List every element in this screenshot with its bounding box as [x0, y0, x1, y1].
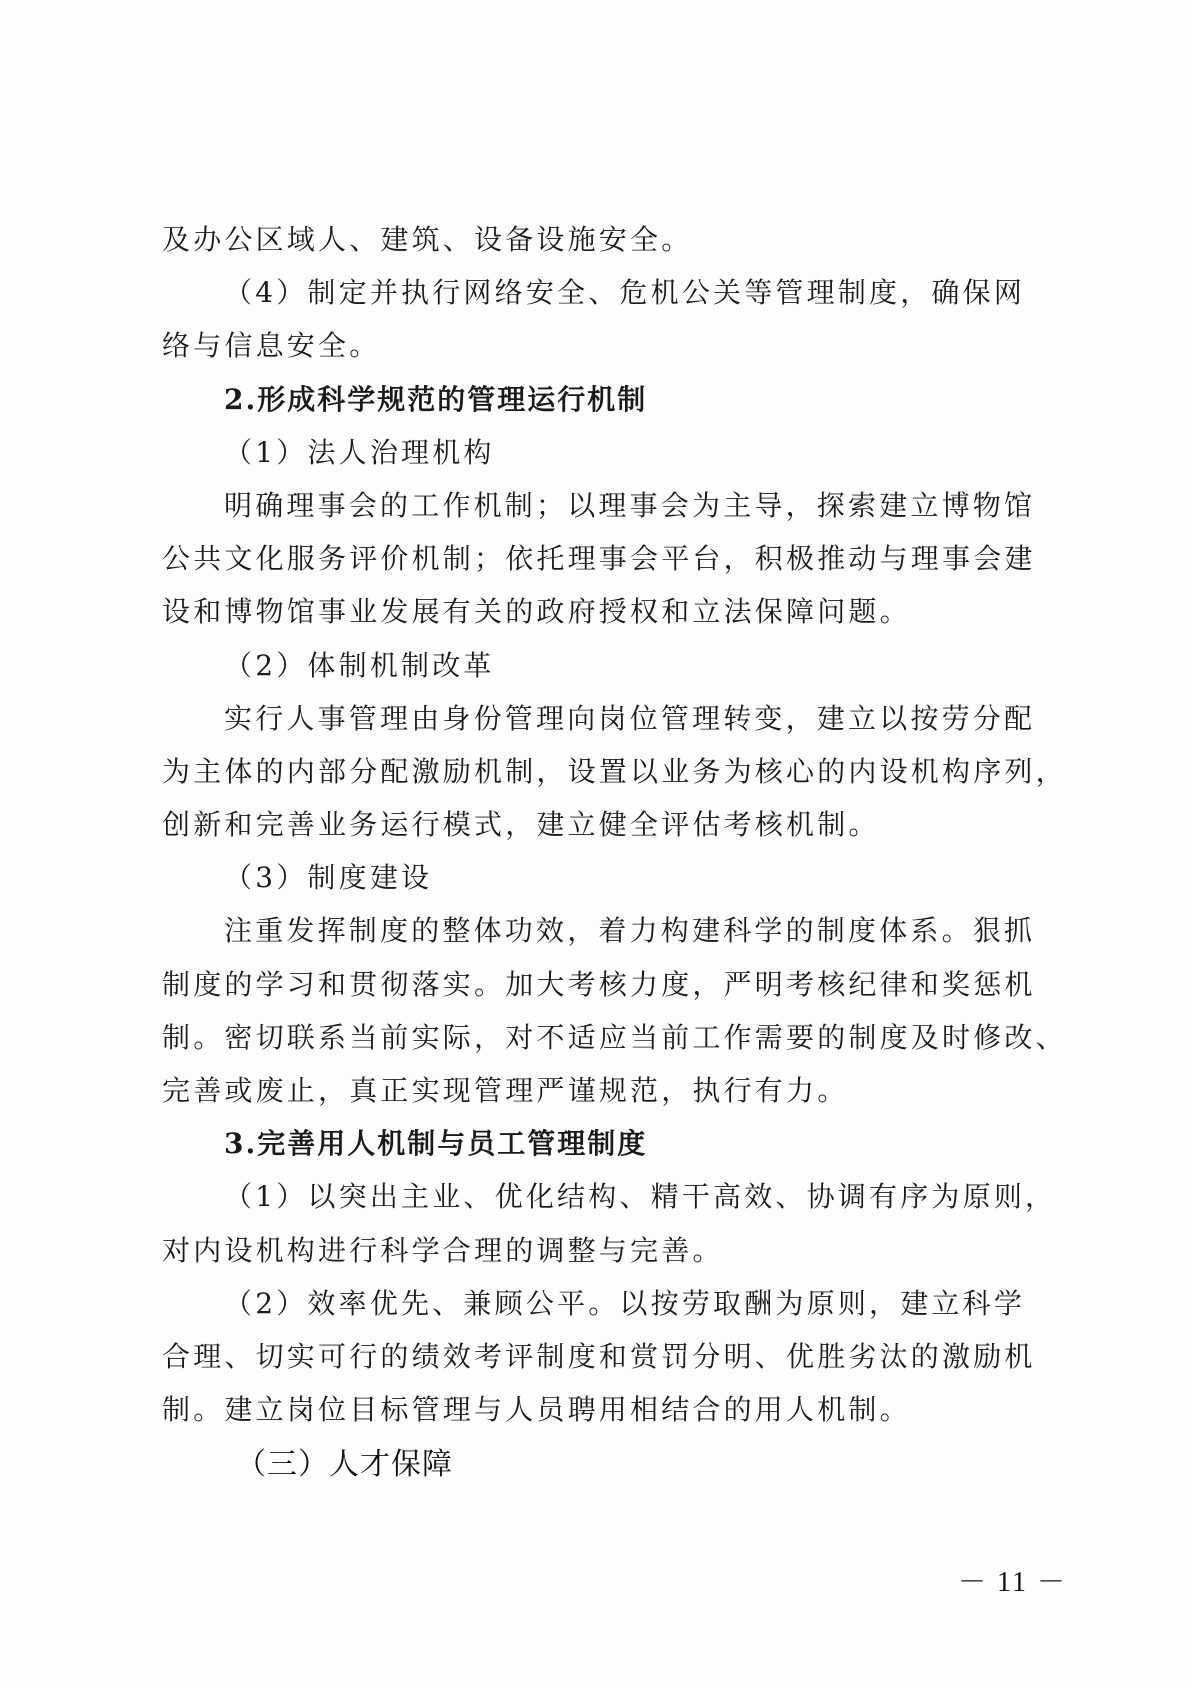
paragraph-line: 制度的学习和贯彻落实。加大考核力度，严明考核纪律和奖惩机 — [162, 958, 1042, 1011]
body-text: 及办公区域人、建筑、设备设施安全。 （4）制定并执行网络安全、危机公关等管理制度… — [162, 213, 1042, 1436]
subsection-heading: 3.完善用人机制与员工管理制度 — [162, 1117, 1042, 1170]
paragraph-line: （1）以突出主业、优化结构、精干高效、协调有序为原则， — [162, 1170, 1042, 1223]
paragraph-line: （2）效率优先、兼顾公平。以按劳取酬为原则，建立科学 — [162, 1277, 1042, 1330]
paragraph-line: 明确理事会的工作机制；以理事会为主导，探索建立博物馆 — [162, 479, 1042, 532]
paragraph-line: 完善或废止，真正实现管理严谨规范，执行有力。 — [162, 1064, 1042, 1117]
page-number: － 11 － — [958, 1566, 1067, 1600]
paragraph-line: 及办公区域人、建筑、设备设施安全。 — [162, 213, 1042, 266]
paragraph-line: 制。密切联系当前实际，对不适应当前工作需要的制度及时修改、 — [162, 1011, 1042, 1064]
paragraph-line: （4）制定并执行网络安全、危机公关等管理制度，确保网 — [162, 266, 1042, 319]
paragraph-line: 公共文化服务评价机制；依托理事会平台，积极推动与理事会建 — [162, 532, 1042, 585]
paragraph-line: 络与信息安全。 — [162, 319, 1042, 372]
paragraph-line: 对内设机构进行科学合理的调整与完善。 — [162, 1224, 1042, 1277]
item-heading: （2）体制机制改革 — [162, 639, 1042, 692]
paragraph-line: 设和博物馆事业发展有关的政府授权和立法保障问题。 — [162, 585, 1042, 638]
paragraph-line: 合理、切实可行的绩效考评制度和赏罚分明、优胜劣汰的激励机 — [162, 1330, 1042, 1383]
item-heading: （1）法人治理机构 — [162, 426, 1042, 479]
paragraph-line: 为主体的内部分配激励机制，设置以业务为核心的内设机构序列， — [162, 745, 1042, 798]
paragraph-line: 制。建立岗位目标管理与人员聘用相结合的用人机制。 — [162, 1383, 1042, 1436]
document-page: 及办公区域人、建筑、设备设施安全。 （4）制定并执行网络安全、危机公关等管理制度… — [0, 0, 1190, 1684]
item-heading: （3）制度建设 — [162, 851, 1042, 904]
paragraph-line: 实行人事管理由身份管理向岗位管理转变，建立以按劳分配 — [162, 692, 1042, 745]
paragraph-line: 注重发挥制度的整体功效，着力构建科学的制度体系。狠抓 — [162, 904, 1042, 957]
section-title: （三）人才保障 — [236, 1443, 453, 1487]
paragraph-line: 创新和完善业务运行模式，建立健全评估考核机制。 — [162, 798, 1042, 851]
subsection-heading: 2.形成科学规范的管理运行机制 — [162, 373, 1042, 426]
